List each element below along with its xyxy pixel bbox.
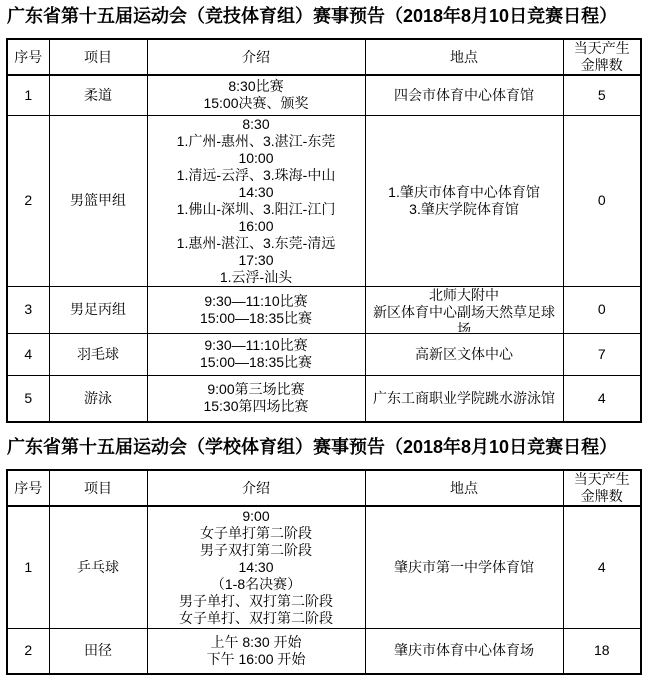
- cell-venue: 高新区文体中心: [365, 333, 563, 375]
- col-header-event: 项目: [49, 39, 147, 75]
- col-header-intro: 介绍: [147, 39, 365, 75]
- cell-intro: 9:30—11:10比赛 15:00—18:35比赛: [147, 286, 365, 333]
- clipped-venue-text: 北师大附中 新区体育中心副场天然草足球场: [367, 287, 562, 332]
- cell-event: 游泳: [49, 375, 147, 422]
- table-row: 2 男篮甲组 8:30 1.广州-惠州、3.湛江-东莞 10:00 1.清远-云…: [7, 115, 641, 286]
- cell-no: 5: [7, 375, 49, 422]
- cell-no: 2: [7, 628, 49, 674]
- cell-event: 男足丙组: [49, 286, 147, 333]
- table-row: 2 田径 上午 8:30 开始 下午 16:00 开始 肇庆市体育中心体育场 1…: [7, 628, 641, 674]
- table-row: 1 柔道 8:30比赛 15:00决赛、颁奖 四会市体育中心体育馆 5: [7, 75, 641, 115]
- cell-venue: 四会市体育中心体育馆: [365, 75, 563, 115]
- cell-intro: 8:30 1.广州-惠州、3.湛江-东莞 10:00 1.清远-云浮、3.珠海-…: [147, 115, 365, 286]
- cell-golds: 4: [563, 375, 641, 422]
- table-header-row: 序号 项目 介绍 地点 当天产生 金牌数: [7, 39, 641, 75]
- table-row: 3 男足丙组 9:30—11:10比赛 15:00—18:35比赛 北师大附中 …: [7, 286, 641, 333]
- competitive-group-title: 广东省第十五届运动会（竞技体育组）赛事预告（2018年8月10日竞赛日程）: [7, 5, 645, 28]
- table-header-row: 序号 项目 介绍 地点 当天产生 金牌数: [7, 470, 641, 506]
- cell-golds: 5: [563, 75, 641, 115]
- school-schedule-table: 序号 项目 介绍 地点 当天产生 金牌数 1 乒乓球 9:00 女子单打第二阶段…: [6, 469, 642, 675]
- cell-event: 柔道: [49, 75, 147, 115]
- cell-golds: 18: [563, 628, 641, 674]
- cell-venue: 肇庆市体育中心体育场: [365, 628, 563, 674]
- cell-venue: 广东工商职业学院跳水游泳馆: [365, 375, 563, 422]
- table-row: 5 游泳 9:00第三场比赛 15:30第四场比赛 广东工商职业学院跳水游泳馆 …: [7, 375, 641, 422]
- cell-no: 3: [7, 286, 49, 333]
- cell-no: 2: [7, 115, 49, 286]
- cell-intro: 9:00 女子单打第二阶段 男子双打第二阶段 14:30 （1-8名决赛） 男子…: [147, 506, 365, 628]
- col-header-no: 序号: [7, 470, 49, 506]
- col-header-event: 项目: [49, 470, 147, 506]
- cell-venue: 北师大附中 新区体育中心副场天然草足球场: [365, 286, 563, 333]
- cell-golds: 7: [563, 333, 641, 375]
- cell-no: 1: [7, 75, 49, 115]
- cell-event: 田径: [49, 628, 147, 674]
- cell-event: 男篮甲组: [49, 115, 147, 286]
- document-page: 广东省第十五届运动会（竞技体育组）赛事预告（2018年8月10日竞赛日程） 序号…: [0, 0, 645, 679]
- cell-venue: 肇庆市第一中学体育馆: [365, 506, 563, 628]
- cell-intro: 9:00第三场比赛 15:30第四场比赛: [147, 375, 365, 422]
- table-row: 1 乒乓球 9:00 女子单打第二阶段 男子双打第二阶段 14:30 （1-8名…: [7, 506, 641, 628]
- school-group-title: 广东省第十五届运动会（学校体育组）赛事预告（2018年8月10日竞赛日程）: [7, 436, 645, 459]
- col-header-golds: 当天产生 金牌数: [563, 39, 641, 75]
- table-row: 4 羽毛球 9:30—11:10比赛 15:00—18:35比赛 高新区文体中心…: [7, 333, 641, 375]
- cell-intro: 9:30—11:10比赛 15:00—18:35比赛: [147, 333, 365, 375]
- cell-golds: 0: [563, 115, 641, 286]
- col-header-intro: 介绍: [147, 470, 365, 506]
- col-header-venue: 地点: [365, 39, 563, 75]
- cell-golds: 4: [563, 506, 641, 628]
- cell-venue: 1.肇庆市体育中心体育馆 3.肇庆学院体育馆: [365, 115, 563, 286]
- competitive-schedule-table: 序号 项目 介绍 地点 当天产生 金牌数 1 柔道 8:30比赛 15:00决赛…: [6, 38, 642, 423]
- col-header-venue: 地点: [365, 470, 563, 506]
- cell-intro: 上午 8:30 开始 下午 16:00 开始: [147, 628, 365, 674]
- cell-no: 1: [7, 506, 49, 628]
- col-header-no: 序号: [7, 39, 49, 75]
- cell-intro: 8:30比赛 15:00决赛、颁奖: [147, 75, 365, 115]
- col-header-golds: 当天产生 金牌数: [563, 470, 641, 506]
- cell-golds: 0: [563, 286, 641, 333]
- cell-event: 羽毛球: [49, 333, 147, 375]
- cell-event: 乒乓球: [49, 506, 147, 628]
- cell-no: 4: [7, 333, 49, 375]
